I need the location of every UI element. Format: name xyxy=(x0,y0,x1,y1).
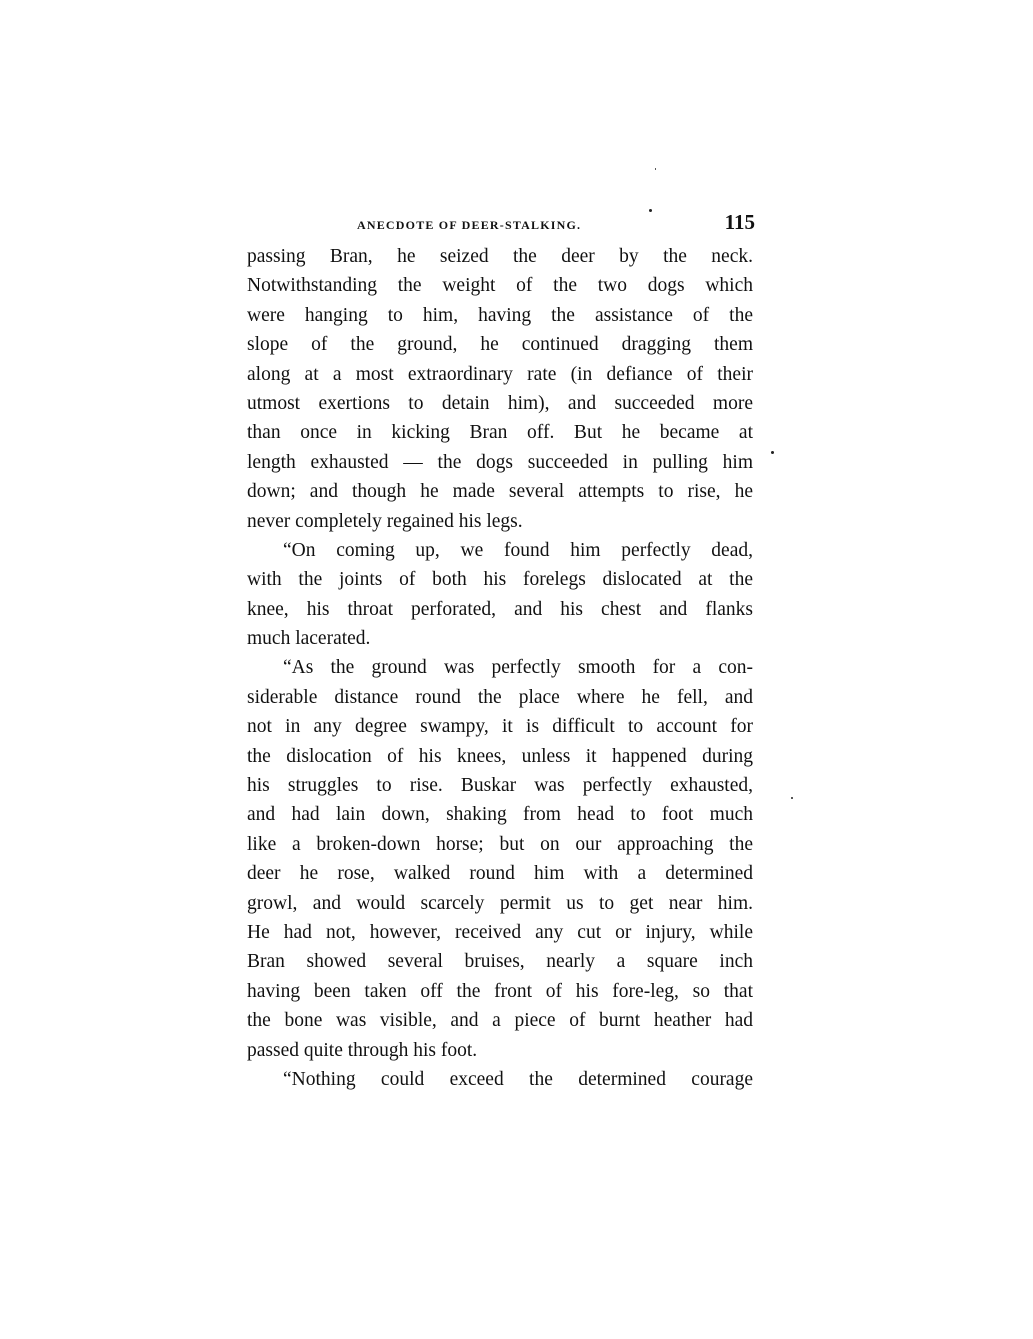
text-line: the bone was visible, and a piece of bur… xyxy=(247,1006,753,1035)
scan-speck xyxy=(649,209,652,212)
text-line: length exhausted — the dogs succeeded in… xyxy=(247,448,753,477)
scan-speck xyxy=(791,797,793,799)
text-line: deer he rose, walked round him with a de… xyxy=(247,859,753,888)
scan-speck xyxy=(771,451,774,454)
text-line: down; and though he made several attempt… xyxy=(247,477,753,506)
text-line: utmost exertions to detain him), and suc… xyxy=(247,389,753,418)
text-line: having been taken off the front of his f… xyxy=(247,977,753,1006)
text-line: much lacerated. xyxy=(247,624,753,653)
text-line: growl, and would scarcely permit us to g… xyxy=(247,889,753,918)
text-line: than once in kicking Bran off. But he be… xyxy=(247,418,753,447)
text-line: were hanging to him, having the assistan… xyxy=(247,301,753,330)
text-line: slope of the ground, he continued draggi… xyxy=(247,330,753,359)
text-line: along at a most extraordinary rate (in d… xyxy=(247,360,753,389)
text-line: passed quite through his foot. xyxy=(247,1036,753,1065)
text-line: never completely regained his legs. xyxy=(247,507,753,536)
text-line: knee, his throat perforated, and his che… xyxy=(247,595,753,624)
text-line: and had lain down, shaking from head to … xyxy=(247,800,753,829)
text-line: the dislocation of his knees, unless it … xyxy=(247,742,753,771)
book-page: Anecdote of Deer-Stalking. 115 passing B… xyxy=(247,210,753,1094)
scan-speck xyxy=(655,168,656,170)
text-line: his struggles to rise. Buskar was perfec… xyxy=(247,771,753,800)
body-text: passing Bran, he seized the deer by the … xyxy=(247,242,753,1094)
paragraph-start-line: “On coming up, we found him perfectly de… xyxy=(247,536,753,565)
text-line: siderable distance round the place where… xyxy=(247,683,753,712)
text-line: passing Bran, he seized the deer by the … xyxy=(247,242,753,271)
text-line: not in any degree swampy, it is difficul… xyxy=(247,712,753,741)
text-line: He had not, however, received any cut or… xyxy=(247,918,753,947)
text-line: Notwithstanding the weight of the two do… xyxy=(247,271,753,300)
text-line: Bran showed several bruises, nearly a sq… xyxy=(247,947,753,976)
paragraph-start-line: “As the ground was perfectly smooth for … xyxy=(247,653,753,682)
text-line: like a broken-down horse; but on our app… xyxy=(247,830,753,859)
running-title: Anecdote of Deer-Stalking. xyxy=(357,218,581,233)
running-head: Anecdote of Deer-Stalking. 115 xyxy=(247,210,753,242)
page-number: 115 xyxy=(725,210,755,235)
paragraph-start-line: “Nothing could exceed the determined cou… xyxy=(247,1065,753,1094)
text-line: with the joints of both his forelegs dis… xyxy=(247,565,753,594)
